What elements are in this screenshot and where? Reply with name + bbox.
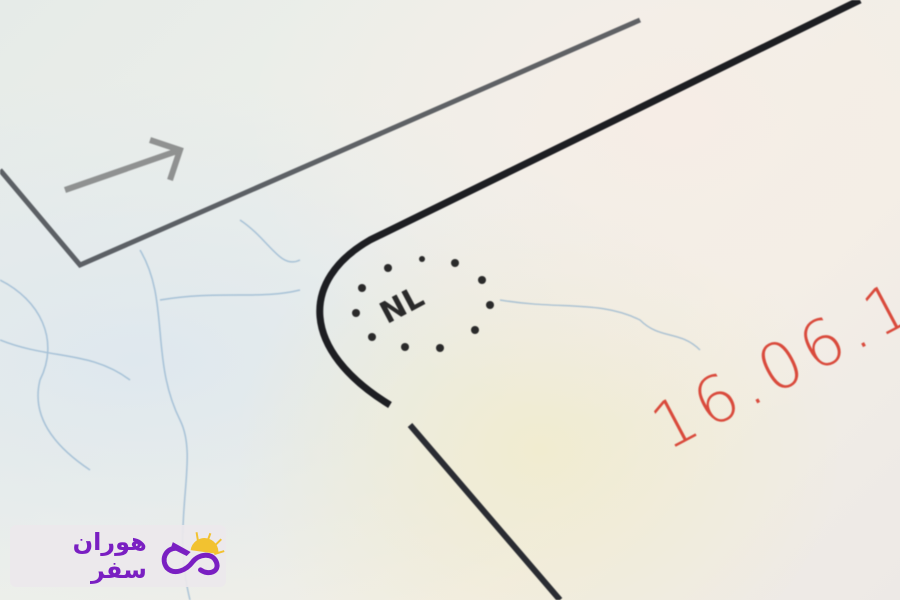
- watermark-logo: هوران سفر: [10, 525, 226, 587]
- brand-name: هوران سفر: [10, 528, 147, 584]
- infinity-plane-sun-icon: [157, 530, 226, 582]
- frame-line: [410, 425, 560, 600]
- frame-line: [0, 20, 640, 265]
- passport-page-graphics: [0, 0, 900, 600]
- passport-photo: NL 16.06.1: [0, 0, 900, 600]
- arrow-icon: [65, 140, 180, 190]
